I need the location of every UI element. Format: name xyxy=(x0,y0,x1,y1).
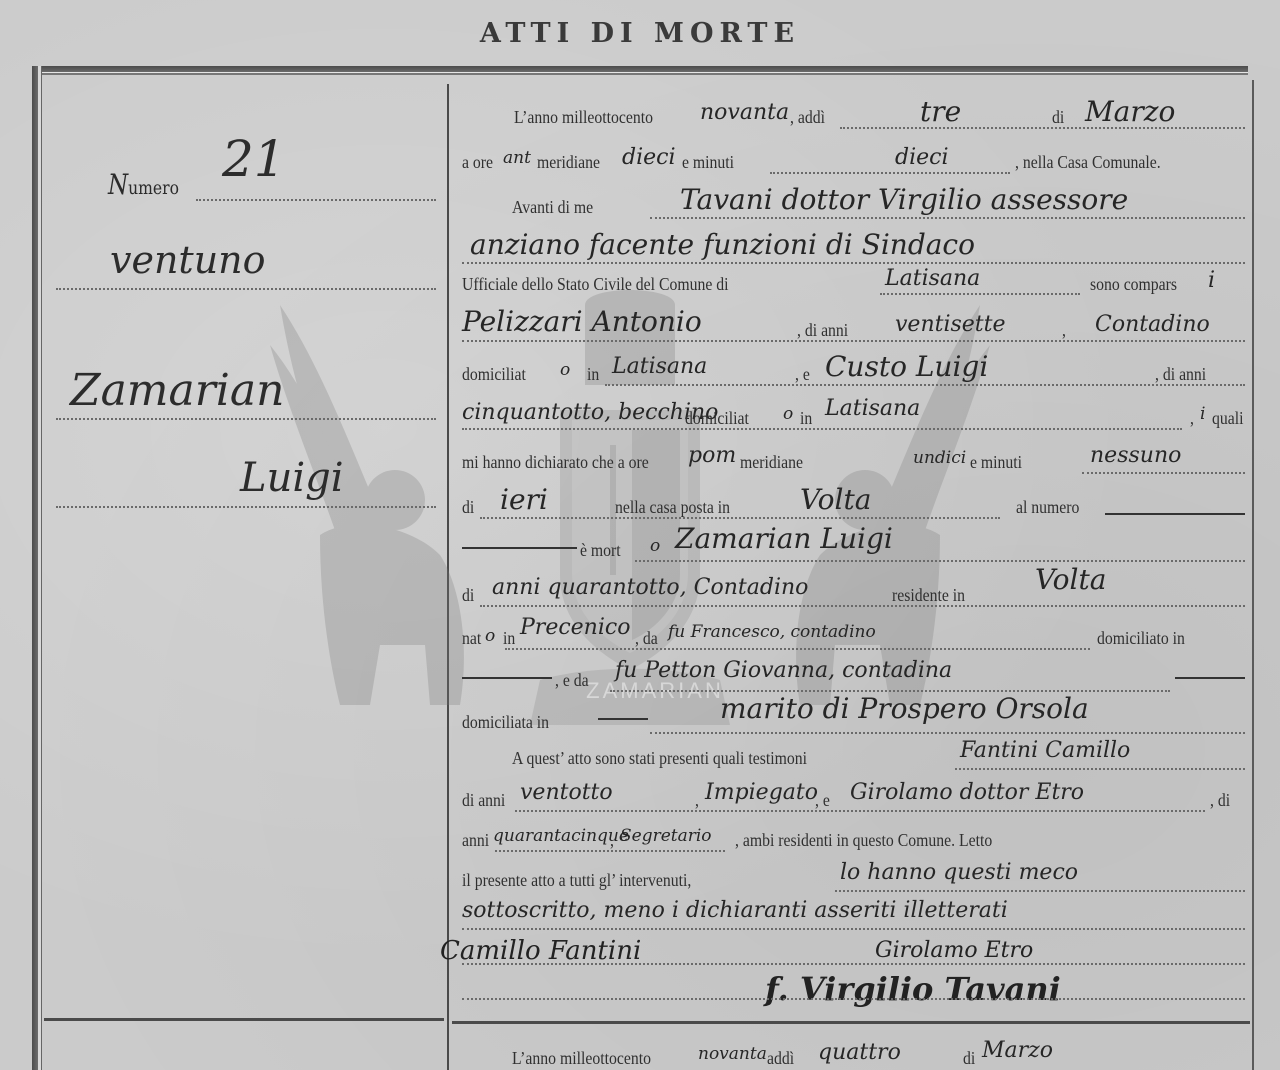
printed-text: , ambi residenti in questo Comune. Letto xyxy=(735,830,992,851)
printed-text: in xyxy=(800,408,812,429)
fill-line xyxy=(835,890,1245,892)
printed-text: residente in xyxy=(892,585,965,606)
frame-top-border xyxy=(33,66,1248,73)
printed-text: , xyxy=(1062,320,1066,341)
fill-line xyxy=(462,262,1245,264)
page-title: ATTI DI MORTE xyxy=(0,18,1280,49)
printed-text: domiciliato in xyxy=(1097,628,1185,649)
handwritten-witness2: Girolamo dottor Etro xyxy=(850,780,1084,805)
handwritten-suffix: o xyxy=(485,626,495,646)
fill-line xyxy=(462,340,1245,342)
printed-text: di xyxy=(462,585,474,606)
printed-text: domiciliat xyxy=(685,408,749,429)
fill-line xyxy=(515,810,1205,812)
fill-line xyxy=(505,648,1090,650)
printed-text: in xyxy=(587,364,599,385)
fill-line xyxy=(880,293,1080,295)
printed-text: domiciliat xyxy=(462,364,526,385)
handwritten-closing-cont: sottoscritto, meno i dichiaranti asserit… xyxy=(462,898,1008,923)
handwritten-witness1: Fantini Camillo xyxy=(960,738,1130,763)
handwritten-suffix: i xyxy=(1200,404,1205,424)
blank-line xyxy=(462,677,552,679)
handwritten-year: novanta xyxy=(700,100,789,125)
printed-text: , e da xyxy=(555,670,589,691)
handwritten-closing: lo hanno questi meco xyxy=(840,860,1078,885)
printed-text: meridiane xyxy=(740,452,803,473)
printed-text: di anni xyxy=(462,790,505,811)
printed-text: e minuti xyxy=(682,152,734,173)
printed-text: , nella Casa Comunale. xyxy=(1015,152,1161,173)
fill-line xyxy=(955,768,1245,770)
printed-text: e minuti xyxy=(970,452,1022,473)
signature-witness1: Camillo Fantini xyxy=(440,936,641,966)
printed-text: il presente atto a tutti gl’ intervenuti… xyxy=(462,870,691,891)
handwritten-officer: Tavani dottor Virgilio assessore xyxy=(680,183,1128,216)
printed-text: nat xyxy=(462,628,481,649)
handwritten-suffix: o xyxy=(650,536,660,556)
printed-text: , xyxy=(1190,408,1194,429)
printed-text: , addì xyxy=(790,107,825,128)
given-name-line xyxy=(56,506,436,508)
printed-text: quali xyxy=(1212,408,1244,429)
fill-line xyxy=(770,172,1010,174)
handwritten-comune: Latisana xyxy=(885,266,980,291)
handwritten-witness1-occupation: Impiegato xyxy=(705,780,818,805)
printed-text: , xyxy=(610,830,614,851)
printed-text: , di anni xyxy=(797,320,848,341)
signature-witness2: Girolamo Etro xyxy=(875,938,1033,963)
handwritten-month: Marzo xyxy=(1085,95,1175,128)
printed-text: di xyxy=(1052,107,1064,128)
column-divider xyxy=(447,84,449,1070)
handwritten-death-minutes: nessuno xyxy=(1090,443,1181,468)
frame-left-border xyxy=(32,66,38,1070)
fill-line xyxy=(635,560,1245,562)
printed-text: Avanti di me xyxy=(512,197,593,218)
handwritten-birthplace: Precenico xyxy=(520,615,630,640)
handwritten-year: novanta xyxy=(698,1044,767,1064)
printed-text: sono compars xyxy=(1090,274,1177,295)
handwritten-suffix: o xyxy=(560,360,570,380)
printed-text: anni xyxy=(462,830,489,851)
printed-text: nella casa posta in xyxy=(615,497,730,518)
record-separator-left xyxy=(44,1018,444,1021)
printed-text: è mort xyxy=(580,540,621,561)
handwritten-suffix: i xyxy=(1208,268,1215,293)
handwritten-declarant2-age-occupation: cinquantotto, becchino xyxy=(462,400,718,425)
signature-line xyxy=(462,998,1245,1000)
handwritten-deceased-name: Zamarian Luigi xyxy=(675,522,893,555)
printed-text: A quest’ atto sono stati presenti quali … xyxy=(512,748,807,769)
fill-line xyxy=(495,850,725,852)
handwritten-suffix: o xyxy=(783,404,793,424)
printed-text: , di xyxy=(1210,790,1230,811)
numero-line xyxy=(196,199,436,201)
handwritten-deceased-age-occupation: anni quarantotto, Contadino xyxy=(492,575,808,600)
numero-words-line xyxy=(56,288,436,290)
numero-label: Numero xyxy=(108,168,179,201)
printed-text: mi hanno dichiarato che a ore xyxy=(462,452,649,473)
printed-text: a ore xyxy=(462,152,493,173)
handwritten-witness1-age: ventotto xyxy=(520,780,613,805)
fill-line xyxy=(462,928,1245,930)
record-number: 21 xyxy=(222,130,286,188)
deceased-surname: Zamarian xyxy=(70,365,284,416)
signature-officer: f. Virgilio Tavani xyxy=(765,970,1061,1008)
handwritten-father: fu Francesco, contadino xyxy=(668,622,876,642)
handwritten-deceased-residence: Volta xyxy=(1035,563,1106,596)
handwritten-death-place: Volta xyxy=(800,483,871,516)
fill-line xyxy=(605,384,1245,386)
handwritten-witness2-age: quarantacinque xyxy=(493,826,629,846)
handwritten-declarant1-residence: Latisana xyxy=(612,354,707,379)
printed-text: , da xyxy=(635,628,658,649)
handwritten-declarant2-residence: Latisana xyxy=(825,396,920,421)
printed-text: meridiane xyxy=(537,152,600,173)
frame-right-border xyxy=(1252,80,1254,1070)
surname-line xyxy=(56,418,436,420)
fill-line xyxy=(462,428,1182,430)
handwritten-month: Marzo xyxy=(982,1038,1053,1063)
handwritten-witness2-occupation: Segretario xyxy=(620,826,712,846)
handwritten-officer-role: anziano facente funzioni di Sindaco xyxy=(470,228,975,261)
fill-line xyxy=(480,605,1245,607)
fill-line xyxy=(840,127,1245,129)
printed-text: in xyxy=(503,628,515,649)
record-separator-right xyxy=(452,1021,1250,1024)
fill-line xyxy=(1082,472,1245,474)
handwritten-declarant2: Custo Luigi xyxy=(825,350,988,383)
handwritten-spouse: marito di Prospero Orsola xyxy=(720,692,1089,725)
printed-text: , di anni xyxy=(1155,364,1206,385)
printed-text: domiciliata in xyxy=(462,712,549,733)
printed-text: al numero xyxy=(1016,497,1079,518)
record-number-words: ventuno xyxy=(110,238,266,282)
handwritten-minutes: dieci xyxy=(895,145,949,170)
handwritten-declarant1-occupation: Contadino xyxy=(1095,312,1210,337)
handwritten-pom: pom xyxy=(688,443,736,468)
handwritten-day: quattro xyxy=(818,1040,901,1065)
printed-text: di xyxy=(462,497,474,518)
handwritten-death-day: ieri xyxy=(500,483,548,516)
printed-text: Ufficiale dello Stato Civile del Comune … xyxy=(462,274,729,295)
fill-line xyxy=(480,517,1000,519)
fill-line xyxy=(650,217,1245,219)
deceased-given-name: Luigi xyxy=(240,455,344,501)
fill-line xyxy=(650,732,1245,734)
printed-text: L’anno milleottocento xyxy=(514,107,653,128)
printed-text: , e xyxy=(815,790,830,811)
handwritten-declarant1-age: ventisette xyxy=(895,312,1006,337)
handwritten-ant: ant xyxy=(503,148,531,168)
printed-text: , e xyxy=(795,364,810,385)
handwritten-declarant1: Pelizzari Antonio xyxy=(462,305,702,338)
printed-text: di xyxy=(963,1048,975,1069)
handwritten-mother: fu Petton Giovanna, contadina xyxy=(615,658,952,683)
handwritten-day: tre xyxy=(920,95,961,128)
printed-text: , xyxy=(695,790,699,811)
blank-line xyxy=(598,718,648,720)
blank-line xyxy=(462,547,577,549)
printed-text: L’anno milleottocento xyxy=(512,1048,651,1069)
blank-line xyxy=(1105,513,1245,515)
handwritten-hour: dieci xyxy=(622,145,676,170)
blank-line xyxy=(1175,677,1245,679)
printed-text: addì xyxy=(767,1048,794,1069)
signature-line xyxy=(462,963,1245,965)
handwritten-death-hour: undici xyxy=(913,448,966,468)
